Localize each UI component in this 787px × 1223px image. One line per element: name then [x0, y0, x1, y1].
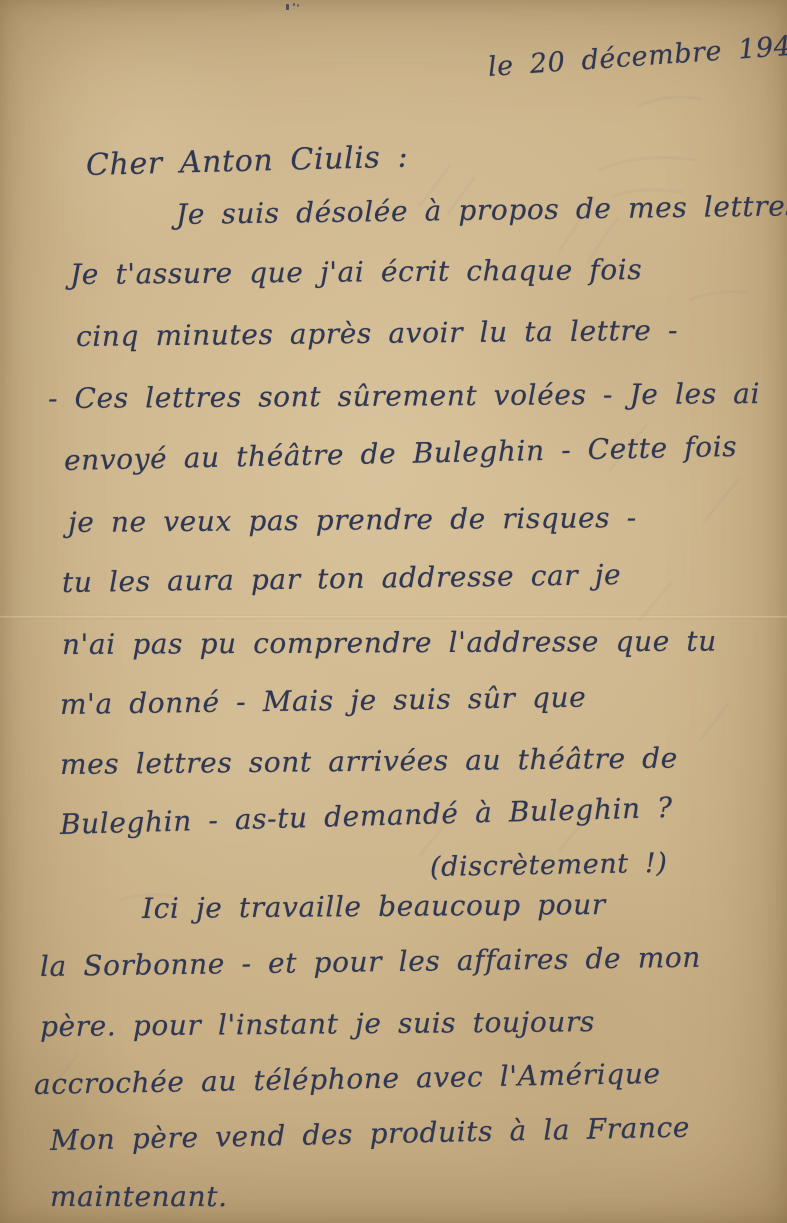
handwritten-line: Je suis désolée à propos de mes lettres …	[176, 189, 787, 231]
letter-page: le 20 décembre 1948. Cher Anton Ciulis :…	[0, 0, 787, 1223]
handwritten-line: Buleghin - as-tu demandé à Buleghin ?	[60, 791, 674, 841]
stray-ink-mark	[286, 3, 302, 12]
handwritten-line: cinq minutes après avoir lu ta lettre -	[76, 314, 678, 353]
handwritten-line: mes lettres sont arrivées au théâtre de	[60, 742, 678, 781]
handwritten-line: je ne veux pas prendre de risques -	[68, 501, 637, 539]
handwritten-line: envoyé au théâtre de Buleghin - Cette fo…	[64, 430, 738, 477]
handwritten-line: Mon père vend des produits à la France	[50, 1111, 691, 1157]
handwritten-line: n'ai pas pu comprendre l'addresse que tu	[62, 625, 717, 661]
handwritten-line: - Ces lettres sont sûrement volées - Je …	[48, 377, 760, 415]
letter-date: le 20 décembre 1948.	[487, 29, 787, 83]
letter-salutation: Cher Anton Ciulis :	[86, 140, 409, 183]
fold-crease	[0, 615, 787, 619]
handwritten-line: accrochée au téléphone avec l'Amérique	[34, 1057, 661, 1101]
handwritten-line: tu les aura par ton addresse car je	[62, 558, 622, 599]
handwritten-line: m'a donné - Mais je suis sûr que	[60, 681, 587, 721]
handwritten-line: Ici je travaille beaucoup pour	[142, 888, 606, 925]
interline-annotation: (discrètement !)	[430, 848, 668, 883]
handwritten-line: la Sorbonne - et pour les affaires de mo…	[40, 941, 701, 983]
handwritten-line: Je t'assure que j'ai écrit chaque fois	[70, 253, 643, 291]
handwritten-line: père. pour l'instant je suis toujours	[40, 1005, 595, 1043]
handwritten-line: maintenant.	[50, 1180, 228, 1213]
